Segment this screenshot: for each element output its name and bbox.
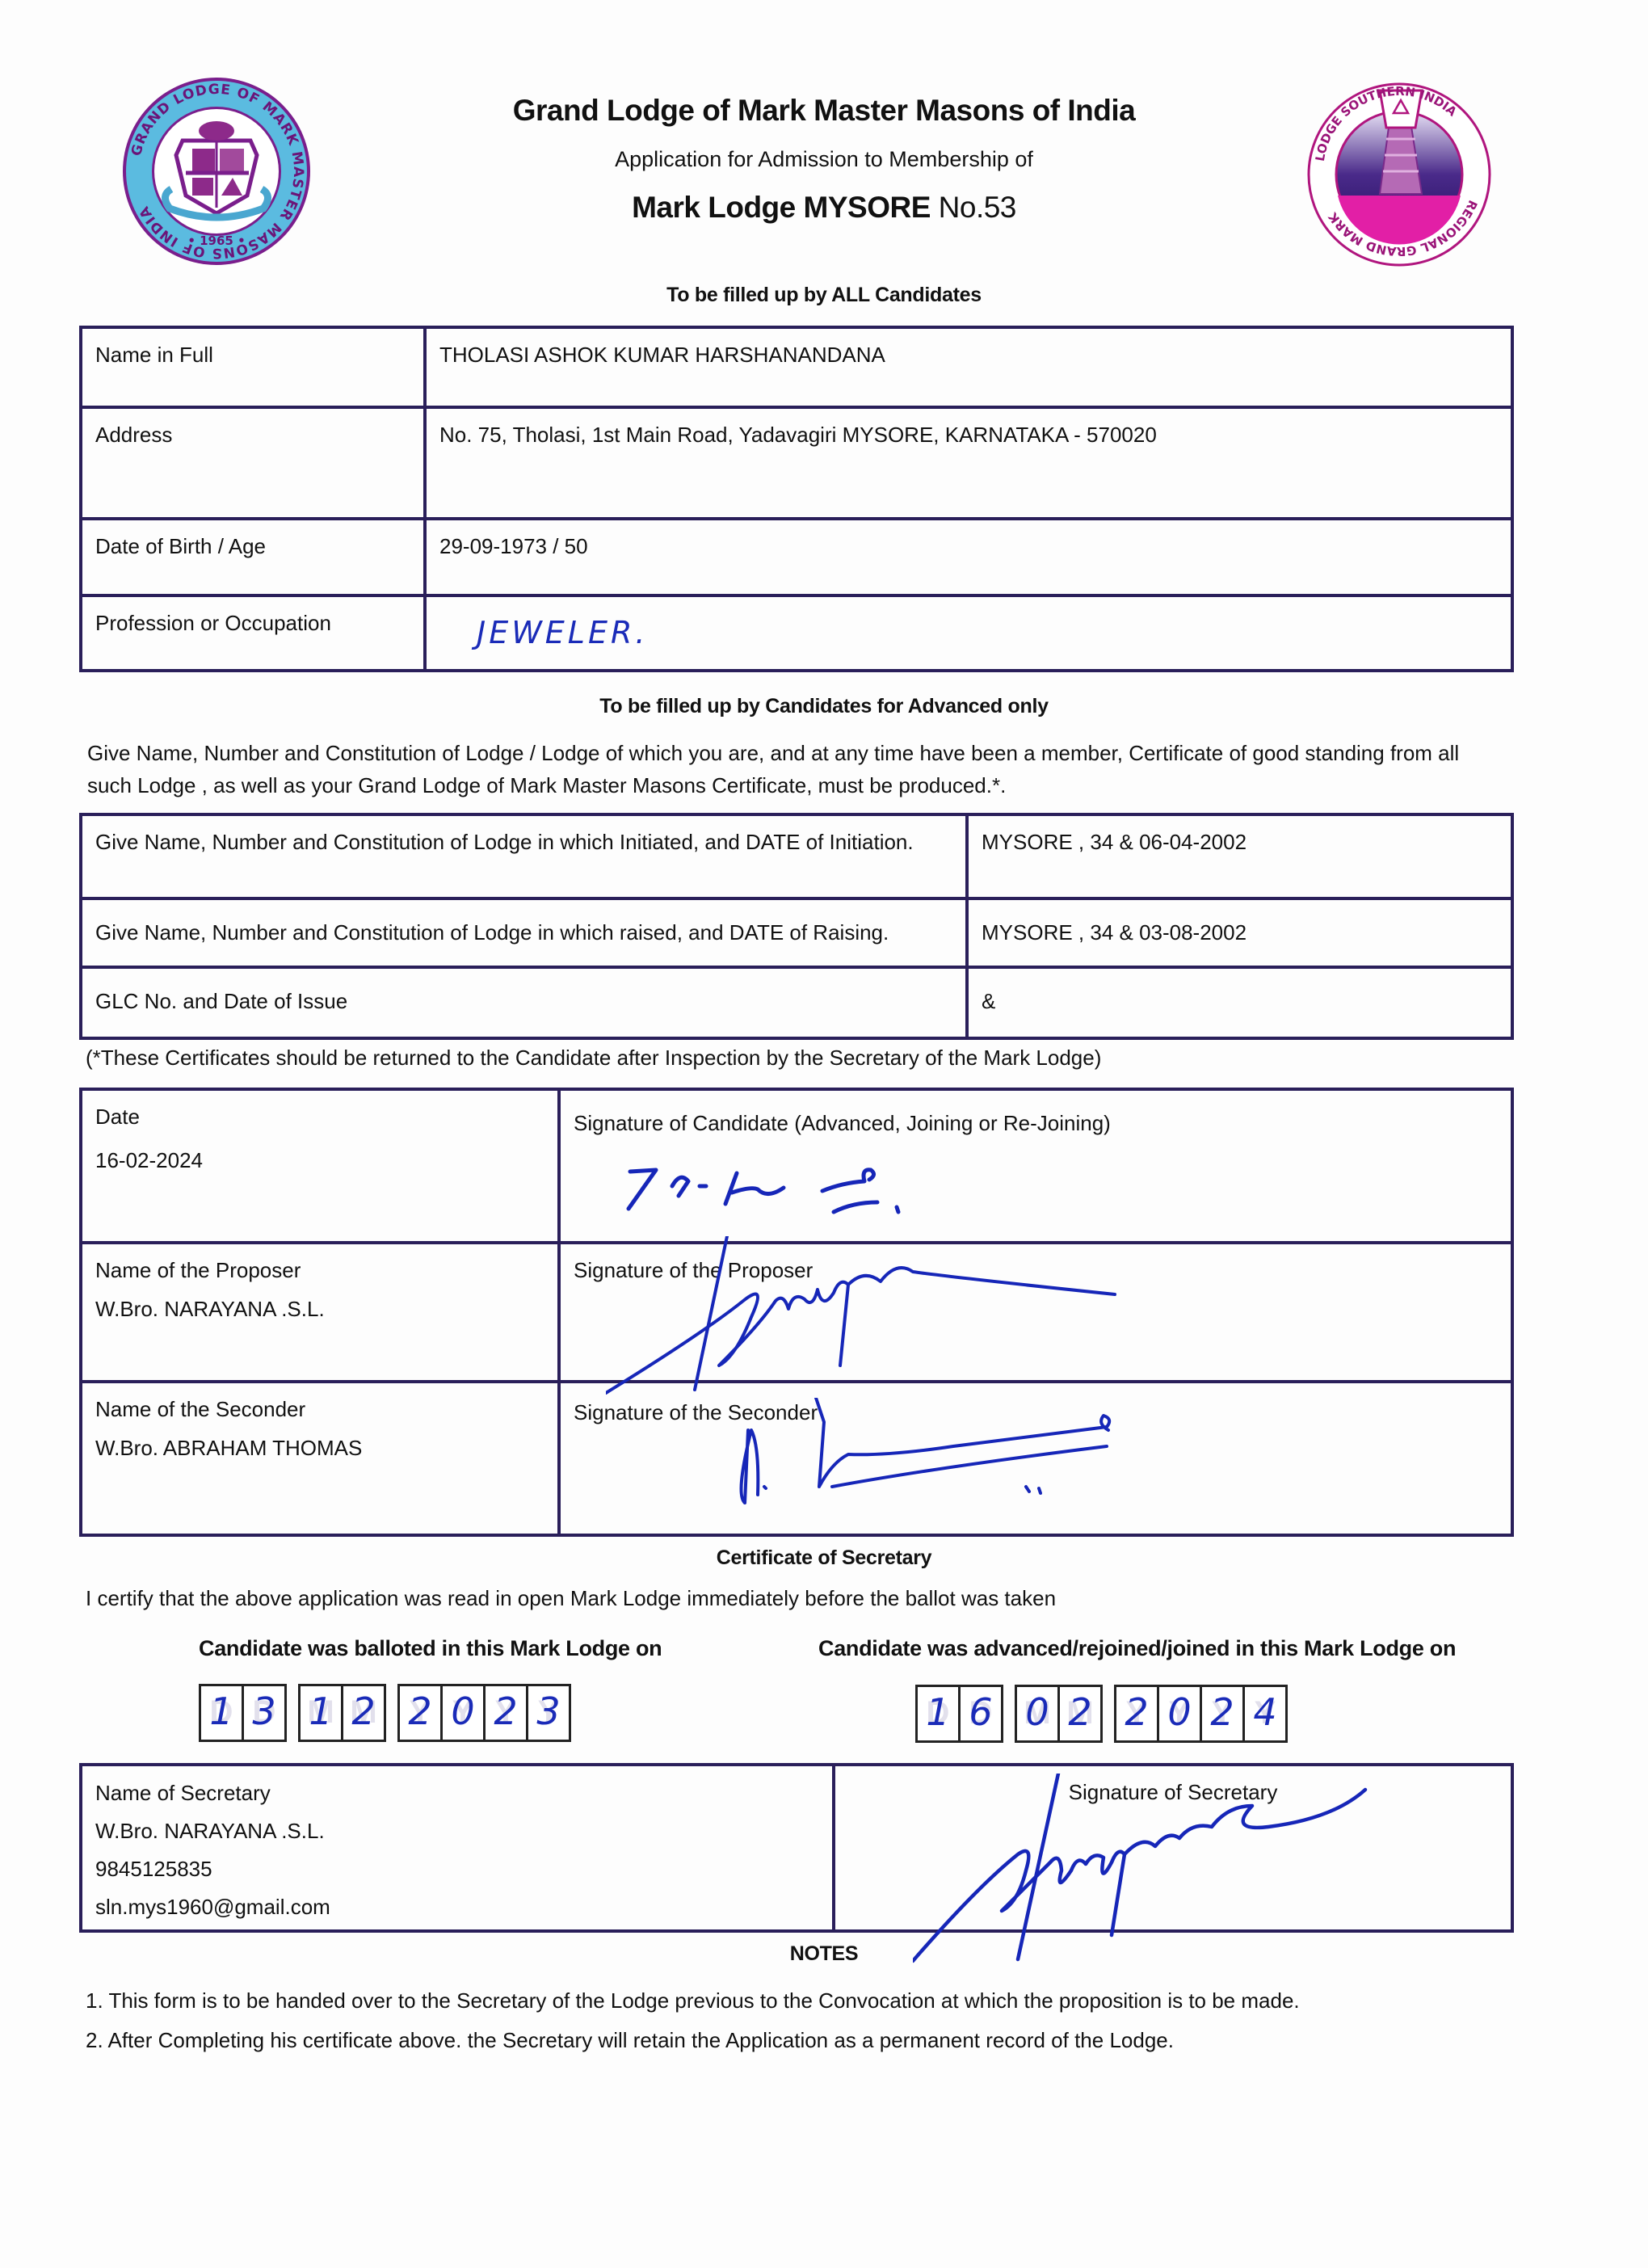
digit-box[interactable]: M2 [1060,1687,1100,1740]
handwritten-digit: 0 [1017,1690,1057,1734]
digit-box[interactable]: Y2 [486,1686,528,1740]
handwritten-digit: 3 [244,1689,284,1733]
lodge-history-table: Give Name, Number and Constitution of Lo… [79,813,1514,1040]
seconder-signature-cell[interactable]: Signature of the Seconder [559,1382,1512,1535]
section-advanced-heading: To be filled up by Candidates for Advanc… [0,695,1648,718]
date-box-group: Y2Y0Y2Y3 [397,1684,571,1742]
handwritten-digit: 2 [1116,1690,1157,1734]
digit-box[interactable]: Y0 [443,1686,486,1740]
table-row: Give Name, Number and Constitution of Lo… [81,898,1512,967]
secretary-table: Name of Secretary W.Bro. NARAYANA .S.L. … [79,1763,1514,1933]
occupation-handwritten-value: JEWELER. [477,618,1501,647]
digit-box[interactable]: D3 [244,1686,284,1740]
application-subtitle: Application for Admission to Membership … [0,147,1648,172]
digit-box[interactable]: D6 [961,1687,1001,1740]
seconder-name-cell: Name of the Seconder W.Bro. ABRAHAM THOM… [81,1382,559,1535]
lodge-name: Mark Lodge MYSORE [632,191,931,224]
name-value-cell[interactable]: THOLASI ASHOK KUMAR HARSHANANDANA [425,327,1512,407]
handwritten-digit: 0 [1159,1690,1200,1734]
proposer-name: W.Bro. NARAYANA .S.L. [95,1294,548,1323]
digit-box[interactable]: D1 [918,1687,961,1740]
dob-label-cell: Date of Birth / Age [81,519,425,595]
secretary-name-label: Name of Secretary [95,1774,822,1812]
date-box-group: Y2Y0Y2Y4 [1114,1685,1288,1743]
digit-box[interactable]: Y4 [1245,1687,1285,1740]
handwritten-digit: 1 [301,1689,341,1733]
dob-age-value: 29-09-1973 / 50 [439,532,1501,561]
proposer-name-cell: Name of the Proposer W.Bro. NARAYANA .S.… [81,1243,559,1382]
glc-label-cell: GLC No. and Date of Issue [81,967,967,1038]
signatures-table: Date 16-02-2024 Signature of Candidate (… [79,1088,1514,1537]
initiation-label-cell: Give Name, Number and Constitution of Lo… [81,814,967,898]
raising-value: MYSORE , 34 & 03-08-2002 [982,918,1501,947]
certificates-footnote: (*These Certificates should be returned … [86,1041,1101,1074]
secretary-signature-label: Signature of Secretary [835,1778,1511,1807]
handwritten-digit: 4 [1245,1690,1285,1734]
proposer-signature-cell[interactable]: Signature of the Proposer [559,1243,1512,1382]
handwritten-digit: 1 [201,1689,242,1733]
advanced-instructions: Give Name, Number and Constitution of Lo… [87,737,1493,802]
table-row: GLC No. and Date of Issue & [81,967,1512,1038]
balloted-date-boxes[interactable]: D1D3M1M2Y2Y0Y2Y3 [199,1684,571,1742]
digit-box[interactable]: M2 [343,1686,384,1740]
digit-box[interactable]: Y2 [400,1686,443,1740]
handwritten-digit: 3 [528,1689,569,1733]
table-row: Name of Secretary W.Bro. NARAYANA .S.L. … [81,1765,1512,1931]
name-label-cell: Name in Full [81,327,425,407]
seconder-label: Name of the Seconder [95,1397,305,1421]
secretary-details-cell: Name of Secretary W.Bro. NARAYANA .S.L. … [81,1765,834,1931]
handwritten-digit: 2 [343,1689,384,1733]
secretary-phone: 9845125835 [95,1850,822,1888]
advanced-date-boxes[interactable]: D1D6M0M2Y2Y0Y2Y4 [915,1685,1288,1743]
date-box-group: D1D6 [915,1685,1003,1743]
lodge-title: Mark Lodge MYSORE No.53 [0,191,1648,225]
table-row: Give Name, Number and Constitution of Lo… [81,814,1512,898]
date-label: Date [95,1105,140,1129]
table-row: Name of the Seconder W.Bro. ABRAHAM THOM… [81,1382,1512,1535]
digit-box[interactable]: Y2 [1202,1687,1245,1740]
seconder-signature-label: Signature of the Seconder [574,1398,1501,1427]
candidate-signature-cell[interactable]: Signature of Candidate (Advanced, Joinin… [559,1089,1512,1243]
address-value-cell[interactable]: No. 75, Tholasi, 1st Main Road, Yadavagi… [425,407,1512,519]
secretary-name: W.Bro. NARAYANA .S.L. [95,1812,822,1850]
table-row: Date 16-02-2024 Signature of Candidate (… [81,1089,1512,1243]
handwritten-digit: 0 [443,1689,483,1733]
raising-value-cell[interactable]: MYSORE , 34 & 03-08-2002 [967,898,1512,967]
glc-value: & [982,987,1501,1016]
svg-text:• 1965 •: • 1965 • [187,234,245,248]
handwritten-digit: 2 [1060,1690,1100,1734]
digit-box[interactable]: M1 [301,1686,343,1740]
raising-label-cell: Give Name, Number and Constitution of Lo… [81,898,967,967]
advanced-date-label: Candidate was advanced/rejoined/joined i… [818,1636,1456,1661]
section-all-heading: To be filled up by ALL Candidates [0,284,1648,307]
full-name-value: THOLASI ASHOK KUMAR HARSHANANDANA [439,340,1501,369]
initiation-value: MYSORE , 34 & 06-04-2002 [982,827,1501,856]
dob-value-cell[interactable]: 29-09-1973 / 50 [425,519,1512,595]
secretary-email: sln.mys1960@gmail.com [95,1888,822,1926]
certificate-heading: Certificate of Secretary [0,1546,1648,1570]
candidate-details-table: Name in Full THOLASI ASHOK KUMAR HARSHAN… [79,326,1514,672]
occupation-value-cell[interactable]: JEWELER. [425,595,1512,671]
proposer-label: Name of the Proposer [95,1258,301,1282]
table-row: Profession or Occupation JEWELER. [81,595,1512,671]
address-label-cell: Address [81,407,425,519]
certificate-statement: I certify that the above application was… [86,1582,1056,1614]
note-item-2: 2. After Completing his certificate abov… [86,2024,1174,2056]
notes-heading: NOTES [0,1942,1648,1966]
proposer-signature-label: Signature of the Proposer [574,1256,1501,1285]
occupation-label-cell: Profession or Occupation [81,595,425,671]
seconder-name: W.Bro. ABRAHAM THOMAS [95,1433,548,1462]
table-row: Address No. 75, Tholasi, 1st Main Road, … [81,407,1512,519]
balloted-label: Candidate was balloted in this Mark Lodg… [199,1636,662,1661]
handwritten-digit: 1 [918,1690,958,1734]
digit-box[interactable]: Y0 [1159,1687,1202,1740]
handwritten-digit: 2 [1202,1690,1242,1734]
digit-box[interactable]: Y3 [528,1686,569,1740]
secretary-signature-cell[interactable]: Signature of Secretary [834,1765,1512,1931]
initiation-value-cell[interactable]: MYSORE , 34 & 06-04-2002 [967,814,1512,898]
date-value: 16-02-2024 [95,1146,548,1175]
date-box-group: M1M2 [298,1684,386,1742]
date-box-group: M0M2 [1015,1685,1103,1743]
organization-title: Grand Lodge of Mark Master Masons of Ind… [0,94,1648,128]
handwritten-digit: 6 [961,1690,1001,1734]
digit-box[interactable]: Y2 [1116,1687,1159,1740]
date-cell: Date 16-02-2024 [81,1089,559,1243]
digit-box[interactable]: D1 [201,1686,244,1740]
handwritten-digit: 2 [486,1689,526,1733]
address-value: No. 75, Tholasi, 1st Main Road, Yadavagi… [439,420,1501,449]
digit-box[interactable]: M0 [1017,1687,1060,1740]
handwritten-digit: 2 [400,1689,440,1733]
date-box-group: D1D3 [199,1684,287,1742]
table-row: Name in Full THOLASI ASHOK KUMAR HARSHAN… [81,327,1512,407]
glc-value-cell[interactable]: & [967,967,1512,1038]
table-row: Name of the Proposer W.Bro. NARAYANA .S.… [81,1243,1512,1382]
table-row: Date of Birth / Age 29-09-1973 / 50 [81,519,1512,595]
lodge-number: No.53 [939,191,1016,224]
note-item-1: 1. This form is to be handed over to the… [86,1984,1300,2017]
candidate-signature-label: Signature of Candidate (Advanced, Joinin… [574,1109,1501,1138]
